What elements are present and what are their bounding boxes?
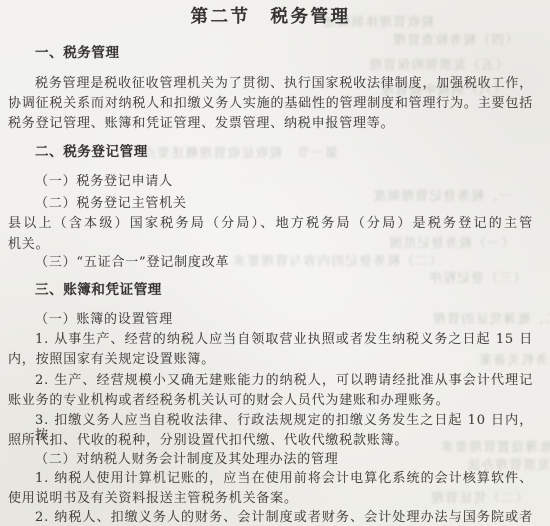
bleed-through-text: （一）税务登记范围 xyxy=(388,233,514,251)
text-line: 内，按照国家有关规定设置账簿。 xyxy=(8,352,215,367)
text-line: （一）账簿的设置管理 xyxy=(35,312,173,327)
section-heading-3: 三、账簿和凭证管理 xyxy=(35,283,162,298)
text-line: （三）“五证合一”登记制度改革 xyxy=(35,255,229,270)
bleed-through-text: （二）凭证管理 xyxy=(430,488,528,506)
scanned-book-page: 税收管理体制概述 （四）税务检查管理 （五）发票领购保管理 （六）纳税申报管理 … xyxy=(0,0,550,526)
text-line: 账业务的专业机构或者经税务机关认可的财会人员代为建账和办理账务。 xyxy=(8,393,450,408)
text-line: （二）税务登记主管机关 xyxy=(35,196,187,211)
page-title: 第二节 税务管理 xyxy=(8,7,533,28)
bleed-through-text: 税务机关备案 xyxy=(478,350,550,368)
bleed-through-text: 第一节 税收征收管理概述要点 xyxy=(142,143,338,161)
bleed-through-text: 一、税务登记管理制度 xyxy=(372,186,512,204)
bleed-through-text: （三）登记程序 xyxy=(428,268,526,286)
bleed-through-text: （二）税务登记的内容与管理要求 xyxy=(232,251,442,269)
text-line: 2. 纳税人、扣缴义务人的财务、会计制度或者财务、会计处理办法与国务院或者 xyxy=(35,510,533,525)
text-line: 税务登记管理、账簿和凭证管理、发票管理、纳税申报管理等。 xyxy=(8,116,394,131)
text-line: （二）对纳税人财务会计制度及其处理办法的管理 xyxy=(35,452,339,467)
text-line: 使用说明书及有关资料报送主管税务机关备案。 xyxy=(8,491,298,506)
section-heading-2: 二、税务登记管理 xyxy=(35,145,148,160)
text-line: 协调征税关系而对纳税人和扣缴义务人实施的基础性的管理制度和管理行为。主要包括 xyxy=(8,96,533,111)
text-line: 1. 纳税人使用计算机记账的，应当在使用前将会计电算化系统的会计核算软件、 xyxy=(35,471,533,486)
text-line: 机关。 xyxy=(8,237,49,252)
section-heading-1: 一、税务管理 xyxy=(35,46,120,61)
text-line: 1. 从事生产、经营的纳税人应当自领取营业执照或者发生纳税义务之日起 15 日 xyxy=(35,332,533,347)
text-line: 税务管理是税收征收管理机关为了贯彻、执行国家税收法律制度，加强税收工作， xyxy=(35,76,533,91)
text-line: 照所代扣、代收的税种，分别设置代扣代缴、代收代缴税款账簿。 xyxy=(8,433,408,448)
bleed-through-text: 二、账簿凭证的管理 xyxy=(432,309,550,327)
bleed-through-text: （五）发票领购保管理 xyxy=(368,55,508,73)
text-line: （一）税务登记申请人 xyxy=(35,174,173,189)
bleed-through-text: （四）税务检查管理 xyxy=(392,30,518,48)
text-line: 2. 生产、经营规模小又确无建账能力的纳税人，可以聘请经批准从事会计代理记 xyxy=(35,373,533,388)
text-line: 县以上（含本级）国家税务局（分局）、地方税务局（分局）是税务登记的主管 xyxy=(8,216,533,231)
